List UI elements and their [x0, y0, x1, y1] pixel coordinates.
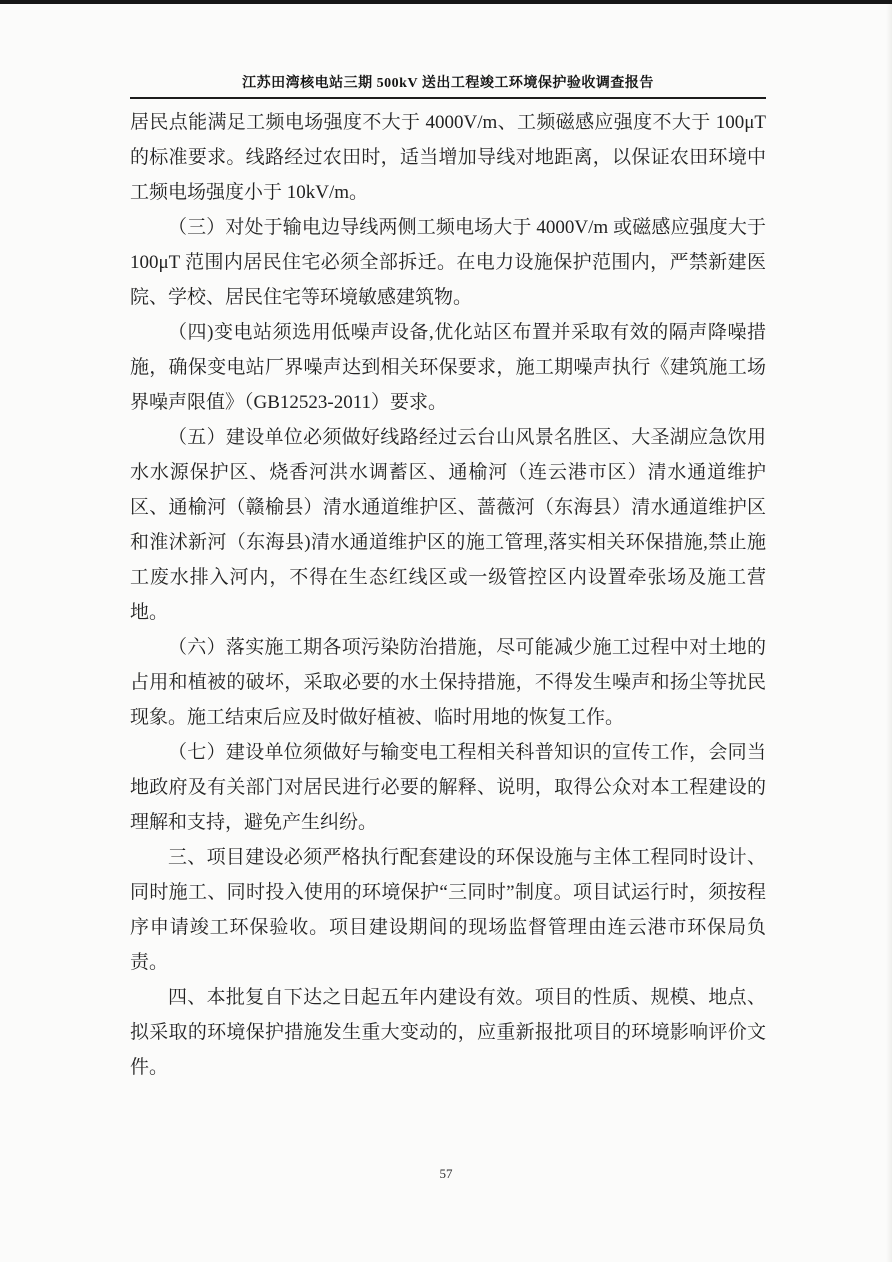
page-number: 57 — [0, 1166, 892, 1182]
paragraph-item-6: （六）落实施工期各项污染防治措施，尽可能减少施工过程中对土地的占用和植被的破坏，… — [130, 630, 766, 735]
header-rule — [130, 97, 766, 99]
document-body: 居民点能满足工频电场强度不大于 4000V/m、工频磁感应强度不大于 100μT… — [130, 105, 766, 1085]
paragraph-item-5: （五）建设单位必须做好线路经过云台山风景名胜区、大圣湖应急饮用水水源保护区、烧香… — [130, 420, 766, 630]
paragraph-section-3: 三、项目建设必须严格执行配套建设的环保设施与主体工程同时设计、同时施工、同时投入… — [130, 840, 766, 980]
document-page: 江苏田湾核电站三期 500kV 送出工程竣工环境保护验收调查报告 居民点能满足工… — [130, 0, 766, 1085]
report-header-title: 江苏田湾核电站三期 500kV 送出工程竣工环境保护验收调查报告 — [130, 72, 766, 92]
paragraph-continuation: 居民点能满足工频电场强度不大于 4000V/m、工频磁感应强度不大于 100μT… — [130, 105, 766, 210]
scan-right-edge — [886, 0, 892, 1262]
paragraph-item-7: （七）建设单位须做好与输变电工程相关科普知识的宣传工作，会同当地政府及有关部门对… — [130, 735, 766, 840]
paragraph-item-3: （三）对处于输电边导线两侧工频电场大于 4000V/m 或磁感应强度大于 100… — [130, 210, 766, 315]
paragraph-item-4: （四)变电站须选用低噪声设备,优化站区布置并采取有效的隔声降噪措施，确保变电站厂… — [130, 315, 766, 420]
paragraph-section-4: 四、本批复自下达之日起五年内建设有效。项目的性质、规模、地点、拟采取的环境保护措… — [130, 980, 766, 1085]
